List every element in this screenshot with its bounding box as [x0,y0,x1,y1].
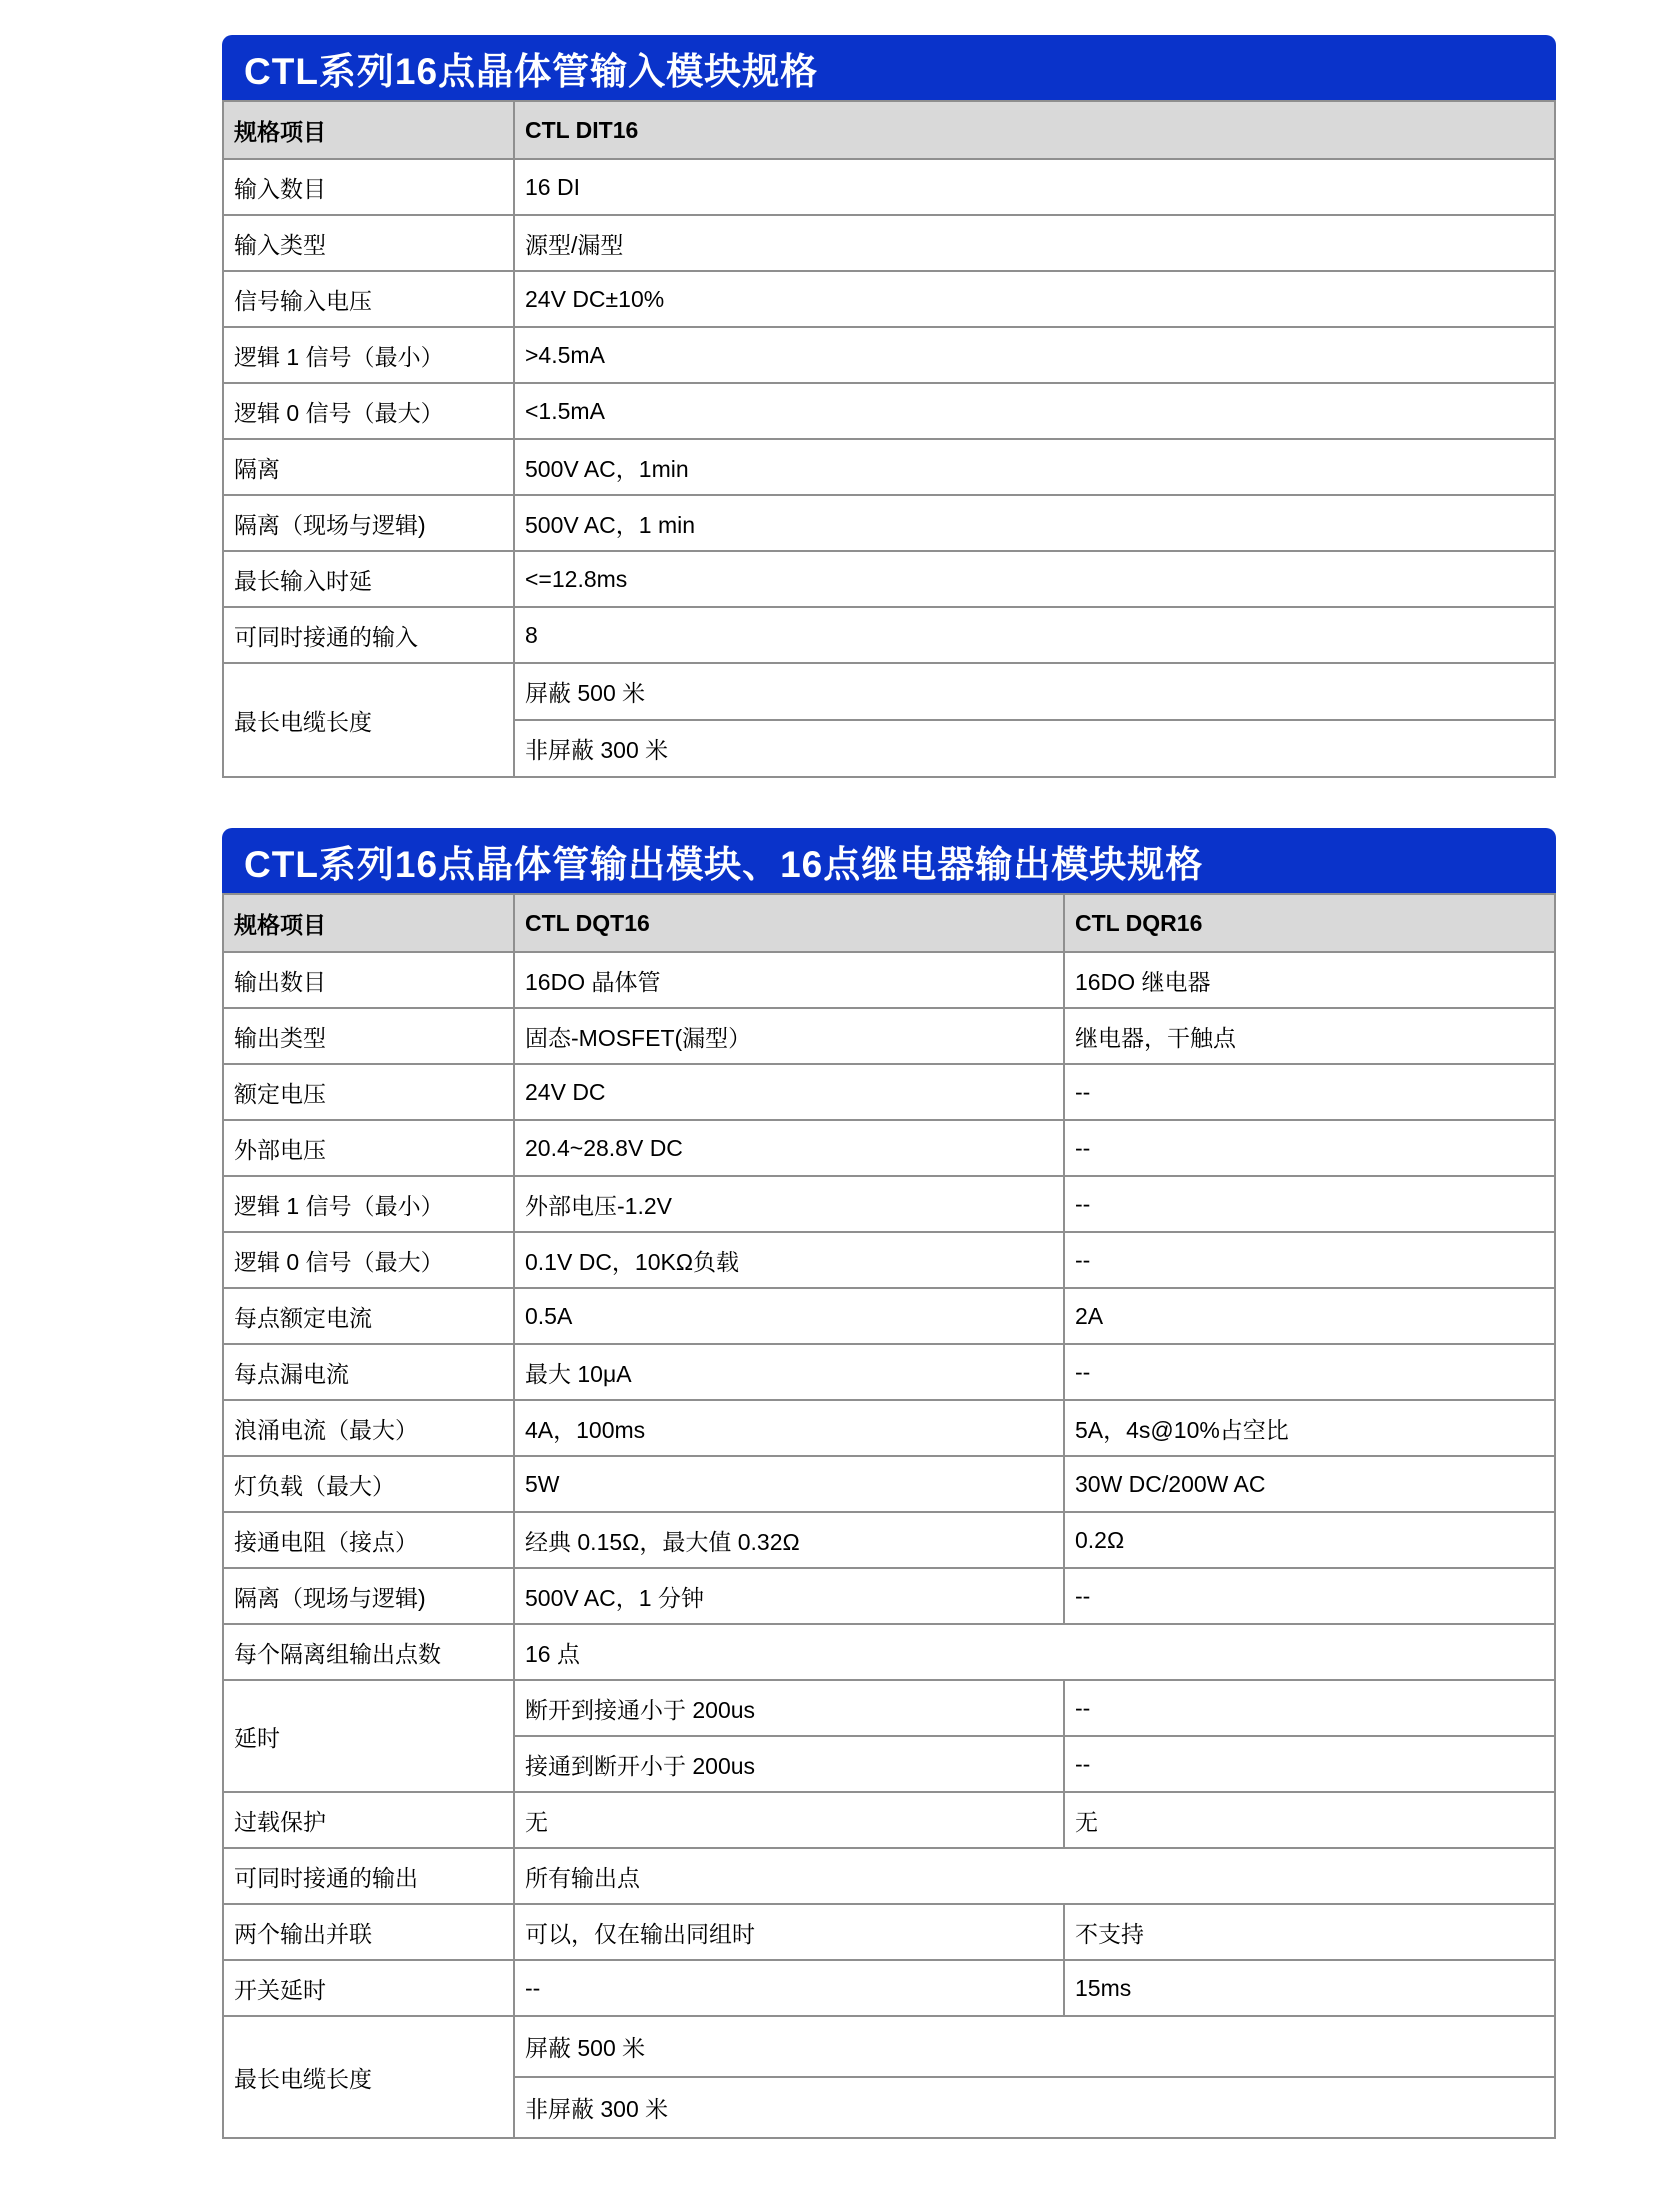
spec-value-dqt16: 断开到接通小于 200us [514,1680,1064,1736]
table-row-cable-length: 最长电缆长度 屏蔽 500 米 [223,663,1555,720]
spec-value-dqr16: -- [1064,1736,1555,1792]
table-row: 逻辑 0 信号（最大） 0.1V DC，10KΩ负载 -- [223,1232,1555,1288]
spec-value: 源型/漏型 [514,215,1555,271]
spec-value-dqt16: 可以，仅在输出同组时 [514,1904,1064,1960]
spec-label: 信号输入电压 [223,271,514,327]
spec-value-unshielded: 非屏蔽 300 米 [514,2077,1555,2138]
table-row-delay: 延时 断开到接通小于 200us -- [223,1680,1555,1736]
spec-value-dqr16: -- [1064,1344,1555,1400]
table-row: 输入数目 16 DI [223,159,1555,215]
table-row: 逻辑 1 信号（最小） 外部电压-1.2V -- [223,1176,1555,1232]
table-row: 输出类型 固态-MOSFET(漏型） 继电器，干触点 [223,1008,1555,1064]
spec-label: 每个隔离组输出点数 [223,1624,514,1680]
spec-value-dqt16: 无 [514,1792,1064,1848]
table-row: 隔离（现场与逻辑) 500V AC，1 分钟 -- [223,1568,1555,1624]
spec-value-dqr16: 16DO 继电器 [1064,952,1555,1008]
spec-value-dqr16: -- [1064,1680,1555,1736]
spec-value: 500V AC，1 min [514,495,1555,551]
input-module-spec-table: 规格项目 CTL DIT16 输入数目 16 DI 输入类型 源型/漏型 信号输… [222,100,1556,778]
table-row: 额定电压 24V DC -- [223,1064,1555,1120]
spec-value-dqt16: 外部电压-1.2V [514,1176,1064,1232]
spec-label: 灯负载（最大） [223,1456,514,1512]
spec-value-dqr16: 5A，4s@10%占空比 [1064,1400,1555,1456]
spec-value-both-modules: 16 点 [514,1624,1555,1680]
spec-value-dqt16: -- [514,1960,1064,2016]
spec-label: 可同时接通的输入 [223,607,514,663]
spec-label: 开关延时 [223,1960,514,2016]
table-row: 逻辑 1 信号（最小） >4.5mA [223,327,1555,383]
table-row: 开关延时 -- 15ms [223,1960,1555,2016]
input-module-spec-section: CTL系列16点晶体管输入模块规格 规格项目 CTL DIT16 输入数目 16… [222,0,1556,778]
spec-label: 浪涌电流（最大） [223,1400,514,1456]
spec-value: >4.5mA [514,327,1555,383]
spec-label: 输入数目 [223,159,514,215]
spec-value-dqr16: 15ms [1064,1960,1555,2016]
spec-value-dqt16: 16DO 晶体管 [514,952,1064,1008]
spec-value-dqr16: 30W DC/200W AC [1064,1456,1555,1512]
table-row: 隔离 500V AC，1min [223,439,1555,495]
spec-label: 隔离 [223,439,514,495]
table-row: 信号输入电压 24V DC±10% [223,271,1555,327]
spec-value: <=12.8ms [514,551,1555,607]
spec-value: <1.5mA [514,383,1555,439]
spec-value: 16 DI [514,159,1555,215]
spec-value-dqt16: 经典 0.15Ω，最大值 0.32Ω [514,1512,1064,1568]
spec-label: 过载保护 [223,1792,514,1848]
spec-value-dqt16: 0.1V DC，10KΩ负载 [514,1232,1064,1288]
spec-label: 最长电缆长度 [223,2016,514,2138]
table-row: 过载保护 无 无 [223,1792,1555,1848]
spec-value-dqr16: -- [1064,1568,1555,1624]
output-module-spec-section: CTL系列16点晶体管输出模块、16点继电器输出模块规格 规格项目 CTL DQ… [222,828,1556,2139]
spec-label: 两个输出并联 [223,1904,514,1960]
table-row: 可同时接通的输出 所有输出点 [223,1848,1555,1904]
spec-label: 输入类型 [223,215,514,271]
spec-value-dqt16: 5W [514,1456,1064,1512]
spec-label: 外部电压 [223,1120,514,1176]
column-header-ctl-dqr16: CTL DQR16 [1064,894,1555,952]
table-row: 外部电压 20.4~28.8V DC -- [223,1120,1555,1176]
column-header-ctl-dqt16: CTL DQT16 [514,894,1064,952]
spec-value-dqr16: -- [1064,1064,1555,1120]
table-row: 隔离（现场与逻辑) 500V AC，1 min [223,495,1555,551]
spec-value-shielded: 屏蔽 500 米 [514,2016,1555,2077]
spec-value-dqt16: 4A，100ms [514,1400,1064,1456]
spec-label: 每点漏电流 [223,1344,514,1400]
spec-label: 每点额定电流 [223,1288,514,1344]
table-row-cable-length: 最长电缆长度 屏蔽 500 米 [223,2016,1555,2077]
spec-value-shielded: 屏蔽 500 米 [514,663,1555,720]
spec-label: 隔离（现场与逻辑) [223,1568,514,1624]
spec-label: 最长输入时延 [223,551,514,607]
spec-value-dqt16: 500V AC，1 分钟 [514,1568,1064,1624]
table-row: 接通电阻（接点） 经典 0.15Ω，最大值 0.32Ω 0.2Ω [223,1512,1555,1568]
spec-label: 接通电阻（接点） [223,1512,514,1568]
spec-label: 输出数目 [223,952,514,1008]
spec-value-dqr16: -- [1064,1232,1555,1288]
spec-value-unshielded: 非屏蔽 300 米 [514,720,1555,777]
column-header-spec-item: 规格项目 [223,894,514,952]
spec-value-dqt16: 0.5A [514,1288,1064,1344]
table-row: 灯负载（最大） 5W 30W DC/200W AC [223,1456,1555,1512]
spec-value-dqt16: 固态-MOSFET(漏型） [514,1008,1064,1064]
input-module-title-banner: CTL系列16点晶体管输入模块规格 [222,35,1556,100]
spec-label: 可同时接通的输出 [223,1848,514,1904]
spec-label: 延时 [223,1680,514,1792]
page: { "colors": { "banner_blue": "#0A33CA", … [0,0,1654,2187]
table-row: 每点额定电流 0.5A 2A [223,1288,1555,1344]
header-row: 规格项目 CTL DQT16 CTL DQR16 [223,894,1555,952]
output-module-title: CTL系列16点晶体管输出模块、16点继电器输出模块规格 [244,834,1203,888]
spec-value-dqt16: 接通到断开小于 200us [514,1736,1064,1792]
table-row: 每个隔离组输出点数 16 点 [223,1624,1555,1680]
spec-value-dqr16: 不支持 [1064,1904,1555,1960]
spec-value-dqr16: -- [1064,1176,1555,1232]
spec-value-both-modules: 所有输出点 [514,1848,1555,1904]
spec-label: 最长电缆长度 [223,663,514,777]
table-row: 可同时接通的输入 8 [223,607,1555,663]
spec-value-dqr16: -- [1064,1120,1555,1176]
spec-label: 隔离（现场与逻辑) [223,495,514,551]
spec-label: 输出类型 [223,1008,514,1064]
spec-value-dqr16: 无 [1064,1792,1555,1848]
spec-value-dqt16: 20.4~28.8V DC [514,1120,1064,1176]
spec-label: 逻辑 0 信号（最大） [223,1232,514,1288]
spec-value-dqr16: 2A [1064,1288,1555,1344]
column-header-ctl-dit16: CTL DIT16 [514,101,1555,159]
table-row: 输出数目 16DO 晶体管 16DO 继电器 [223,952,1555,1008]
table-row: 浪涌电流（最大） 4A，100ms 5A，4s@10%占空比 [223,1400,1555,1456]
table-row: 每点漏电流 最大 10μA -- [223,1344,1555,1400]
input-module-title: CTL系列16点晶体管输入模块规格 [244,41,818,95]
output-module-spec-table: 规格项目 CTL DQT16 CTL DQR16 输出数目 16DO 晶体管 1… [222,893,1556,2139]
spec-value-dqr16: 0.2Ω [1064,1512,1555,1568]
header-row: 规格项目 CTL DIT16 [223,101,1555,159]
spec-value-dqt16: 24V DC [514,1064,1064,1120]
spec-value: 8 [514,607,1555,663]
spec-label: 额定电压 [223,1064,514,1120]
spec-value: 24V DC±10% [514,271,1555,327]
table-row: 两个输出并联 可以，仅在输出同组时 不支持 [223,1904,1555,1960]
spec-label: 逻辑 0 信号（最大） [223,383,514,439]
table-row: 逻辑 0 信号（最大） <1.5mA [223,383,1555,439]
spec-label: 逻辑 1 信号（最小） [223,327,514,383]
spec-value-dqt16: 最大 10μA [514,1344,1064,1400]
table-row: 输入类型 源型/漏型 [223,215,1555,271]
table-row: 最长输入时延 <=12.8ms [223,551,1555,607]
spec-label: 逻辑 1 信号（最小） [223,1176,514,1232]
output-module-title-banner: CTL系列16点晶体管输出模块、16点继电器输出模块规格 [222,828,1556,893]
spec-value: 500V AC，1min [514,439,1555,495]
spec-value-dqr16: 继电器，干触点 [1064,1008,1555,1064]
column-header-spec-item: 规格项目 [223,101,514,159]
